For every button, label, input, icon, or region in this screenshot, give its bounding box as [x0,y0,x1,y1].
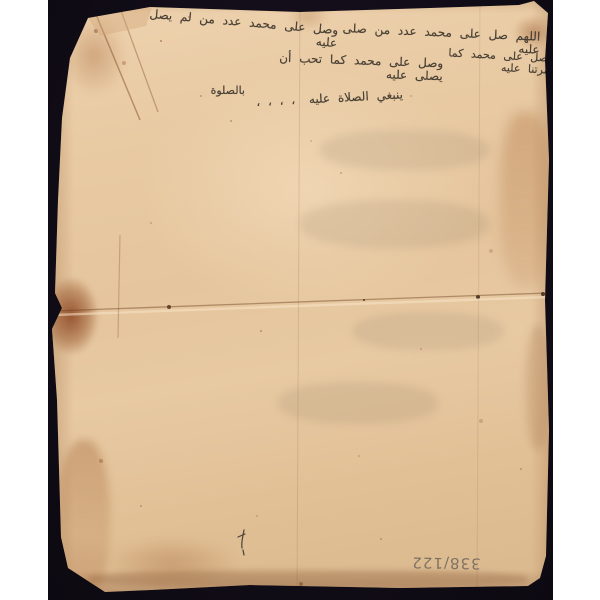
handwriting-line3-text: ينبغي الصلاة عليه [309,87,404,106]
handwriting-ditto-marks: ، ، ، ، [256,93,296,109]
stain-mid-right-edge [526,325,550,450]
edge-shadow-right [531,0,553,600]
ink-bleedthrough-patch [320,130,490,170]
handwriting-line2-insert: بالصلوة [193,84,245,97]
ink-bleedthrough-patch [278,382,438,424]
handwriting-line1-right: اللهم صل على محمد عدد من صلى عليه [325,21,541,56]
stain-right-edge-wash [500,112,552,287]
stain-bottom-edge-band [88,570,528,588]
stain-top-center [288,2,328,30]
edge-shadow-bottom [48,570,553,592]
handwriting-line3: ينبغي الصلاة عليه ، ، ، ، [228,88,403,110]
bottom-corner-fold-shade [68,568,105,592]
corner-crease-line [95,12,140,120]
ink-bleedthrough-patch [300,200,490,248]
handwriting-line1-left: وصل على محمد عدد من لم يصل عليه [147,8,339,50]
edge-shadow-top [48,0,553,14]
vertical-crease [297,0,300,600]
manuscript-photo-backdrop: اللهم صل على محمد عدد من صلى عليه وصل عل… [48,0,553,600]
vertical-crease [477,0,480,600]
page-background: { "scene": { "description": "Photograph … [0,0,600,600]
handwriting-line2-right: وصل على محمد كما أمرتنا عليه [444,47,553,77]
stain-left-fold [44,278,98,354]
vertical-crease-short [118,235,120,338]
handwriting-line2-left: وصل على محمد كما تحب أن يصلى عليه [248,51,444,84]
foxing-specks [48,0,50,2]
ink-mark [238,530,245,555]
horizontal-fold-crease [54,293,548,311]
fold-highlight [54,297,548,315]
stain-top-right-spot [514,16,552,48]
catalog-number: 338/122 [400,553,492,573]
paper-highlight [138,60,478,320]
stain-left-streak [58,440,110,598]
ink-bleedthrough-patch [353,312,503,350]
edge-shadow-left [48,0,74,600]
corner-fold-shade [88,7,152,36]
crease-and-mark-overlay [48,0,553,600]
paper-sheet: اللهم صل على محمد عدد من صلى عليه وصل عل… [48,0,553,600]
corner-crease-line [120,8,158,112]
stain-bottom-smudge [106,538,236,588]
stain-top-left-corner [62,18,126,94]
